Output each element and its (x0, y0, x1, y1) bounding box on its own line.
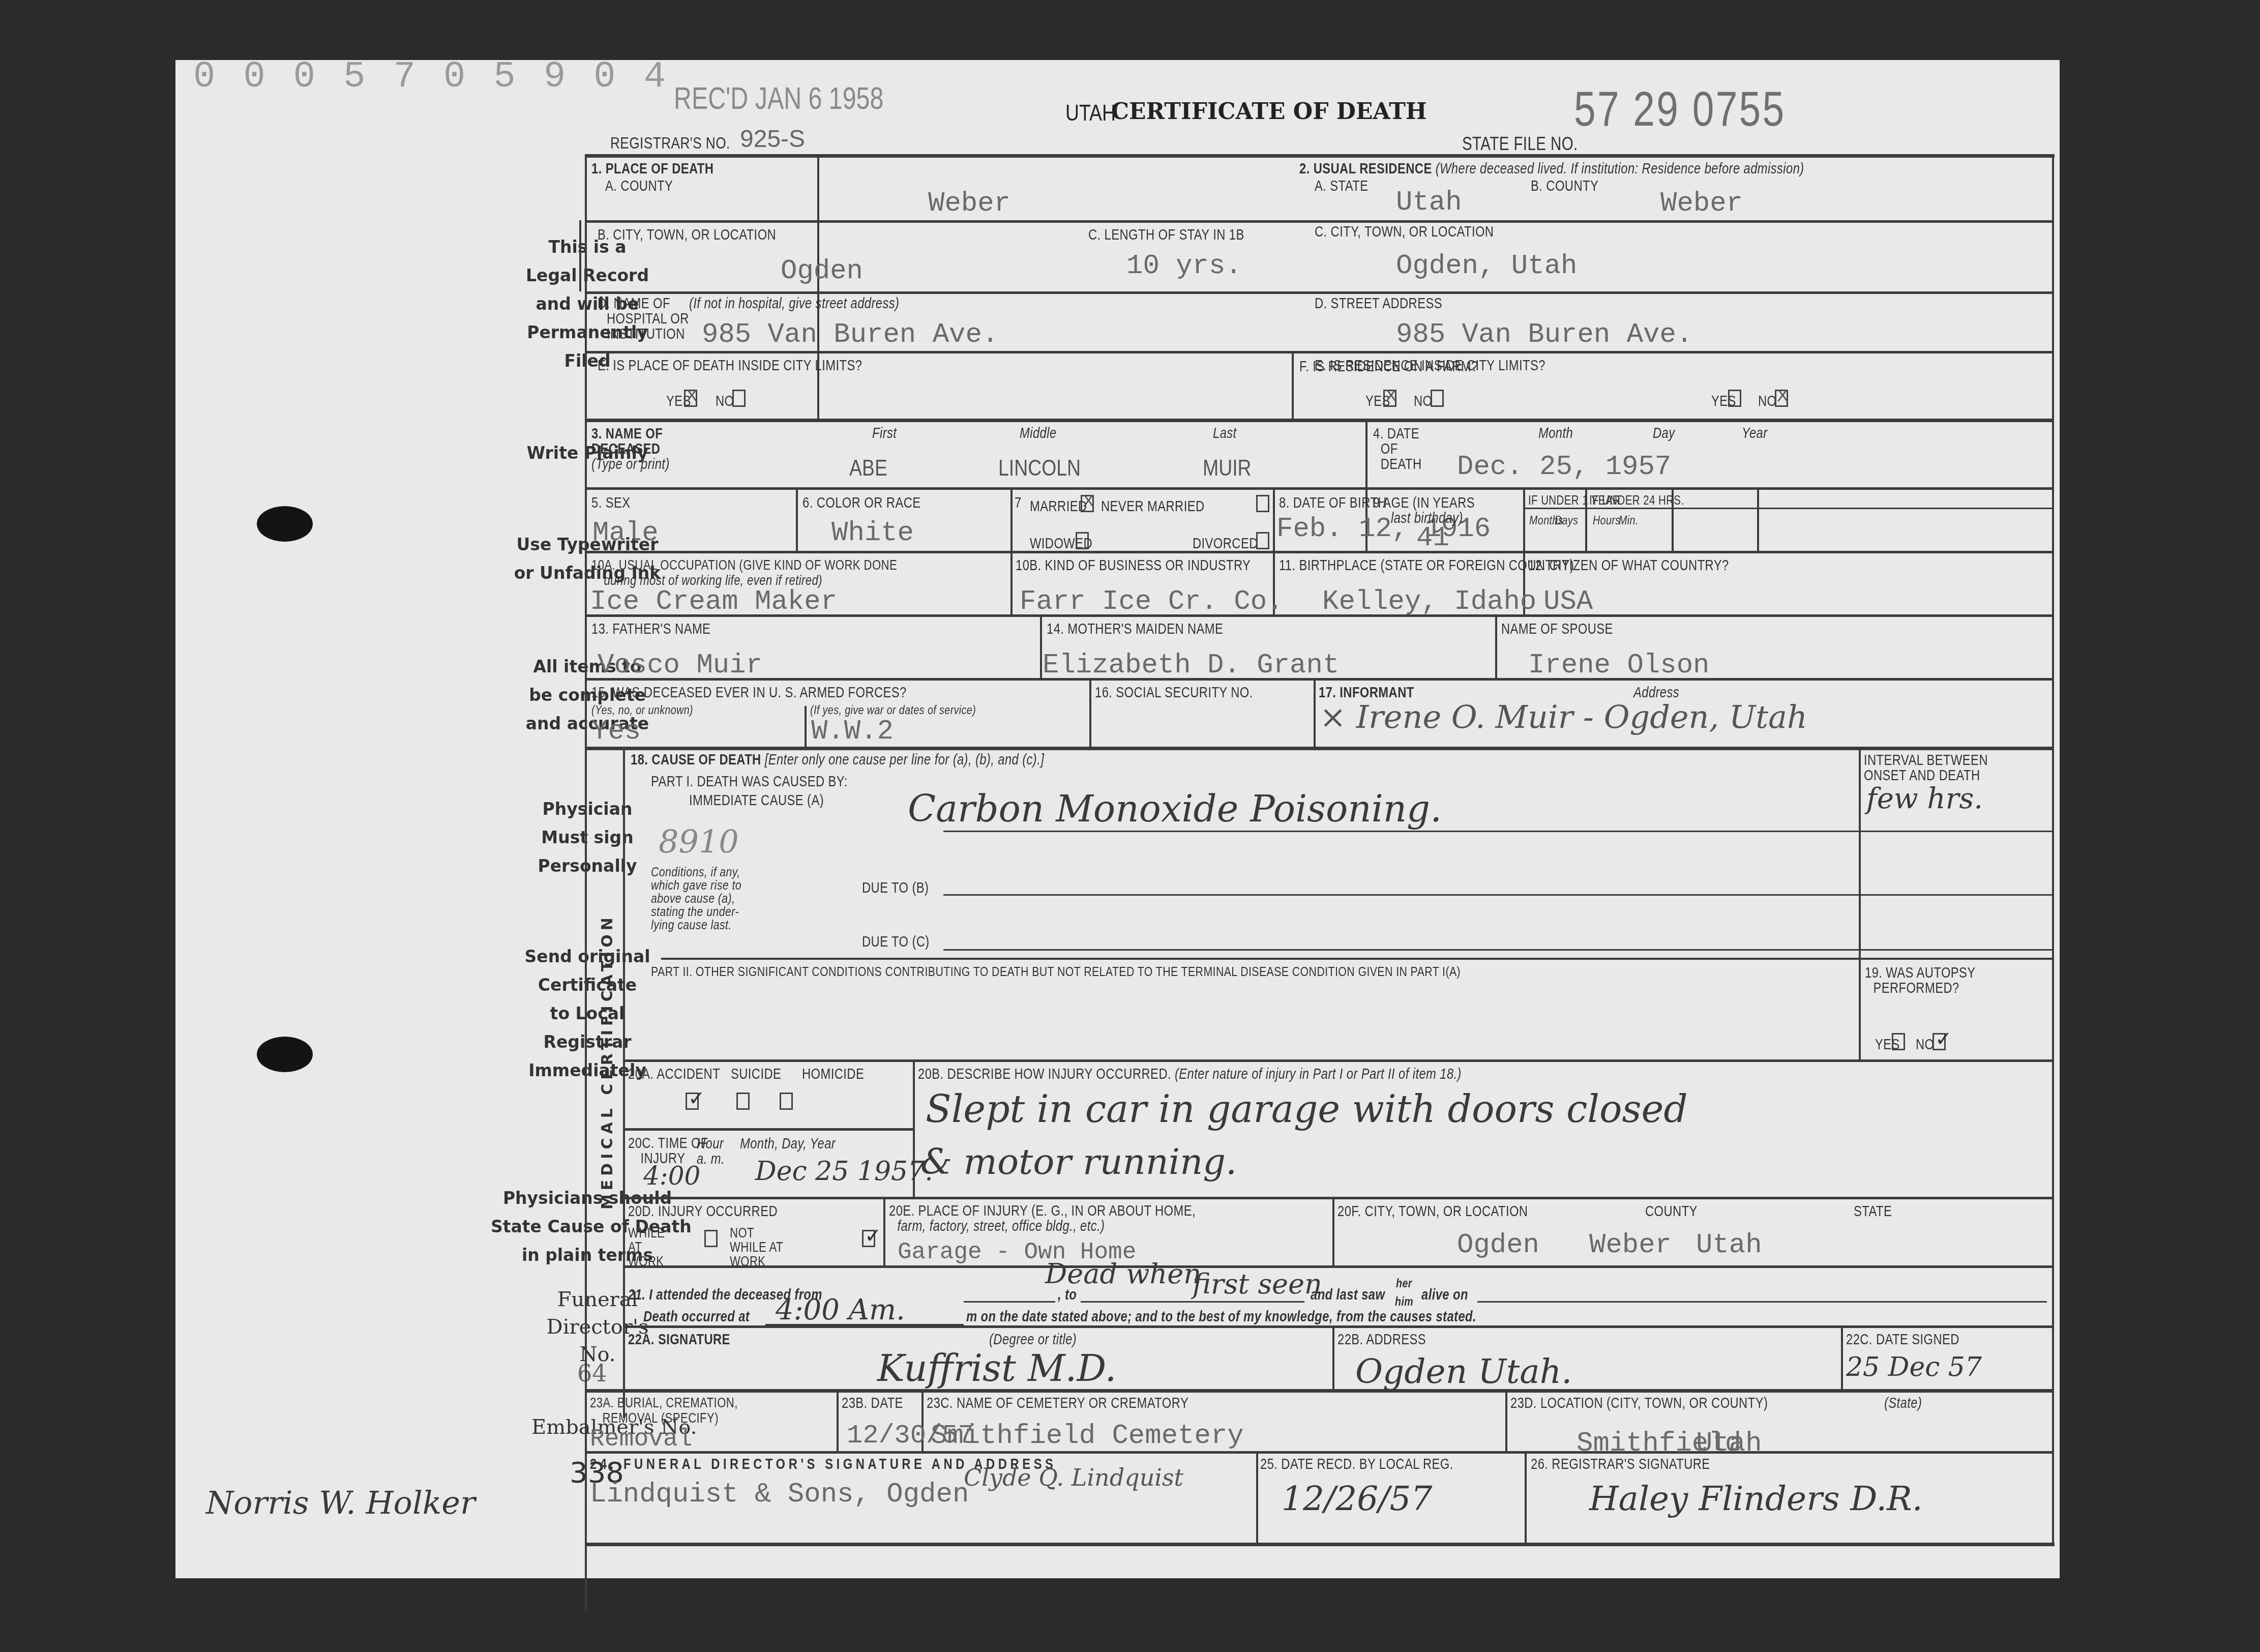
divider (585, 1389, 2052, 1393)
divider (585, 291, 2052, 294)
length-of-stay-label: c. LENGTH OF STAY IN 1b (1088, 227, 1244, 244)
last-name-label: Last (1213, 425, 1237, 442)
physician-address-label: 22b. ADDRESS (1337, 1332, 1426, 1348)
attended-to-label: , to (1058, 1287, 1077, 1304)
part2-label: PART II. OTHER SIGNIFICANT CONDITIONS CO… (651, 964, 1461, 980)
divider (1757, 487, 1759, 551)
registrar-no: 925-S (740, 125, 805, 153)
place-of-death-label: 1. PLACE OF DEATH (591, 161, 713, 178)
homicide-checkbox[interactable] (780, 1093, 793, 1110)
place-of-injury-label: 20e. PLACE OF INJURY (e. g., in or about… (889, 1203, 1196, 1234)
burial-date-label: 23b. DATE (842, 1395, 903, 1412)
divider (1365, 419, 1367, 487)
injury-occurred-label: 20d. INJURY OCCURRED (628, 1203, 778, 1220)
armed-forces-hint-2: (If yes, give war or dates of service) (810, 703, 976, 718)
stamp-number: 0 0 0 5 7 0 5 9 0 4 (193, 56, 669, 98)
divider (585, 747, 2052, 750)
divider (837, 1389, 839, 1451)
injury-city-value: Ogden (1457, 1230, 1539, 1261)
immediate-cause-value: Carbon Monoxide Poisoning. (908, 787, 1442, 830)
hint-text: (Where deceased lived. If institution: R… (1436, 161, 1804, 177)
note-line: Legal Record (521, 261, 653, 290)
death-time-value: 4:00 Am. (776, 1293, 905, 1326)
note-send-original: Send original Certificate to Local Regis… (516, 942, 659, 1085)
death-inside-city-limits-label: e. IS PLACE OF DEATH INSIDE CITY LIMITS? (598, 358, 862, 374)
business-value: Farr Ice Cr. Co. (1020, 586, 1283, 617)
occupation-value: Ice Cream Maker (590, 586, 837, 617)
widowed-checkbox[interactable] (1076, 532, 1089, 549)
label-text: 23a. BURIAL, CREMATION, (590, 1395, 738, 1410)
divider (1859, 747, 1861, 1059)
label-text: 4. DATE (1373, 426, 1422, 441)
label-text: 20b. DESCRIBE HOW INJURY OCCURRED. (918, 1066, 1171, 1082)
immediate-cause-label: IMMEDIATE CAUSE (a) (689, 792, 824, 809)
divider (1256, 1451, 1258, 1543)
location-state-value: Utah (1696, 1428, 1762, 1459)
divider (623, 1128, 913, 1131)
hint-line: stating the under- (651, 905, 741, 918)
mother-value: Elizabeth D. Grant (1043, 650, 1339, 681)
name-of-deceased-label: 3. NAME OF DECEASED (Type or print) (591, 426, 670, 472)
death-occurred-label: Death occurred at (643, 1309, 750, 1325)
divider (883, 1197, 885, 1265)
min-label: Min. (1619, 514, 1639, 528)
divider (1495, 614, 1497, 678)
married-label: MARRIED (1030, 498, 1087, 515)
date-recd-value: 12/26/57 (1282, 1479, 1432, 1518)
describe-injury-label: 20b. DESCRIBE HOW INJURY OCCURRED. (Ente… (918, 1066, 1462, 1083)
note-line: Personally (521, 852, 653, 880)
divider (623, 1265, 2052, 1268)
date-signed-label: 22c. DATE SIGNED (1846, 1332, 1959, 1348)
due-to-b-label: DUE TO (b) (862, 880, 929, 897)
under-24-hrs-label: IF UNDER 24 HRS. (1589, 493, 1684, 508)
attended-to-value: first seen (1193, 1268, 1322, 1300)
middle-name-value: LINCOLN (998, 456, 1081, 481)
hint-line: Conditions, if any, (651, 865, 741, 878)
signature-label: 22a. SIGNATURE (628, 1332, 730, 1348)
while-at-work-label: WHILE AT WORK (628, 1226, 678, 1268)
punch-hole-bottom (257, 1037, 313, 1072)
page-title: CERTIFICATE OF DEATH (1111, 99, 1426, 125)
form-left-border (585, 154, 587, 1611)
res-street-value: 985 Van Buren Ave. (1396, 319, 1692, 350)
location-state-label: (State) (1884, 1395, 1922, 1412)
dob-label: 8. DATE OF BIRTH (1279, 495, 1387, 512)
informant-signature: × Irene O. Muir - Ogden, Utah (1320, 698, 1807, 735)
injury-state-label: STATE (1854, 1203, 1892, 1220)
res-farm-no-checkbox[interactable] (1775, 390, 1788, 407)
divider (623, 747, 625, 1418)
hospital-label-2: HOSPITAL OR (607, 311, 689, 328)
citizen-value: USA (1543, 586, 1593, 617)
registrar-signature: Haley Flinders D.R. (1589, 1479, 1923, 1518)
spouse-value: Irene Olson (1528, 650, 1709, 681)
label-text: ONSET AND DEATH (1864, 768, 1988, 783)
label-text: (Type or print) (591, 457, 670, 472)
line-cause-a (943, 831, 2052, 832)
homicide-label: HOMICIDE (802, 1066, 864, 1083)
while-at-work-checkbox[interactable] (704, 1230, 718, 1247)
mdy-label: Month, Day, Year (740, 1136, 836, 1153)
label-text: during most of working life, even if ret… (591, 573, 897, 588)
not-while-at-work-label: NOT WHILE AT WORK (730, 1226, 784, 1268)
res-city-limits-no-checkbox[interactable] (1431, 390, 1444, 407)
never-married-checkbox[interactable] (1256, 495, 1269, 512)
line-attended-from (964, 1301, 1055, 1303)
armed-forces-hint-1: (Yes, no, or unknown) (591, 703, 693, 718)
received-stamp: REC'D JAN 6 1958 (674, 80, 883, 116)
autopsy-no-checkbox[interactable] (1932, 1033, 1946, 1050)
label-text: DECEASED (591, 441, 660, 457)
attended-from-value: Dead when (1045, 1258, 1201, 1290)
business-label: 10b. KIND OF BUSINESS OR INDUSTRY (1016, 557, 1251, 574)
hospital-value: 985 Van Buren Ave. (702, 319, 998, 350)
mother-label: 14. MOTHER'S MAIDEN NAME (1047, 621, 1223, 638)
death-city-limits-no-checkbox[interactable] (732, 390, 746, 407)
note-line: Send original (516, 942, 659, 971)
usual-residence-label: 2. USUAL RESIDENCE (Where deceased lived… (1299, 161, 1804, 178)
label-text: WHILE AT WORK (628, 1226, 678, 1268)
part1-label: PART I. DEATH WAS CAUSED BY: (651, 774, 848, 790)
hint-text: (Enter nature of injury in Part I or Par… (1175, 1066, 1462, 1082)
date-recd-label: 25. DATE RECD. BY LOCAL REG. (1260, 1456, 1453, 1473)
label-text: INTERVAL BETWEEN (1864, 753, 1988, 768)
label-text: OF (1373, 441, 1422, 457)
armed-forces-label: 15. WAS DECEASED EVER IN U. S. ARMED FOR… (591, 685, 907, 701)
form-top-border (585, 154, 2055, 158)
sex-value: Male (592, 518, 659, 549)
death-county-value: Weber (928, 188, 1010, 219)
punch-hole-top (257, 506, 313, 542)
accident-checkbox[interactable] (686, 1093, 699, 1110)
conditions-hint: Conditions, if any, which gave rise to a… (651, 865, 741, 931)
cemetery-value: Smithfield Cemetery (931, 1421, 1244, 1452)
describe-injury-line-1: Slept in car in garage with doors closed (926, 1087, 1688, 1131)
marital-label: 7 (1015, 495, 1022, 512)
hint-line: lying cause last. (651, 918, 741, 931)
medical-certification-label: MEDICAL CERTIFICATION (599, 913, 616, 1209)
due-to-c-label: DUE TO (c) (862, 934, 930, 951)
res-farm-label: f. IS RESIDENCE ON A FARM? (1299, 359, 1478, 375)
note-line: Must sign (521, 823, 653, 852)
divider (585, 551, 2052, 553)
label-text: 2. USUAL RESIDENCE (1299, 161, 1432, 177)
registrar-no-label: REGISTRAR'S NO. (610, 134, 730, 153)
divider (1332, 1197, 1334, 1265)
title-state: UTAH (1065, 101, 1116, 126)
divider (661, 958, 2052, 960)
county-label: a. COUNTY (605, 178, 673, 195)
label-text: DEATH (1373, 457, 1422, 472)
no-label: NO (1916, 1037, 1934, 1053)
day-label: Day (1653, 425, 1675, 442)
cause-code: 8910 (659, 823, 739, 860)
label-text: 22a. SIGNATURE (628, 1332, 730, 1348)
armed-forces-value: Yes (591, 716, 641, 747)
father-value: Vosco Muir (598, 650, 762, 681)
degree-label: (Degree or title) (989, 1332, 1077, 1348)
embalmer-signature: Norris W. Holker (206, 1484, 475, 1521)
divider (1841, 1325, 1843, 1389)
res-state-value: Utah (1396, 187, 1462, 218)
location-label: 23d. LOCATION (City, town, or county) (1510, 1395, 1768, 1412)
divider (1332, 1325, 1334, 1389)
line-alive-on (1477, 1301, 2047, 1303)
accident-label: 20a. ACCIDENT (628, 1066, 720, 1083)
res-county-label: b. COUNTY (1531, 178, 1598, 195)
cause-of-death-label: 18. CAUSE OF DEATH [Enter only one cause… (631, 752, 1044, 769)
divider (585, 220, 2052, 223)
cemetery-label: 23c. NAME OF CEMETERY OR CREMATORY (927, 1395, 1188, 1412)
suicide-label: SUICIDE (731, 1066, 781, 1083)
label-text: 18. CAUSE OF DEATH (631, 752, 761, 768)
line-cause-c (943, 949, 2052, 951)
death-city-value: Ogden (781, 256, 863, 287)
divorced-checkbox[interactable] (1256, 532, 1269, 549)
form-bottom-border (585, 1543, 2055, 1546)
funeral-director-no: 64 (577, 1360, 607, 1387)
label-text: 19. WAS AUTOPSY (1865, 965, 1976, 981)
label-text: NOT WHILE AT WORK (730, 1226, 784, 1268)
divider (1089, 678, 1091, 747)
divider (623, 1197, 2052, 1199)
note-line: Certificate (516, 971, 659, 999)
sex-label: 5. SEX (591, 495, 630, 512)
label-text: 3. NAME OF (591, 426, 663, 442)
divider (579, 220, 581, 291)
first-name-value: ABE (849, 456, 887, 481)
divider (623, 1059, 2052, 1062)
res-city-value: Ogden, Utah (1396, 251, 1577, 282)
length-of-stay-value: 10 yrs. (1126, 251, 1242, 282)
date-signed-value: 25 Dec 57 (1846, 1352, 1982, 1382)
divider (585, 487, 2052, 490)
hour-label: Hour (697, 1136, 724, 1153)
divider (1040, 614, 1042, 678)
label-text: 10a. USUAL OCCUPATION (Give kind of work… (591, 557, 897, 573)
divider (585, 419, 2052, 422)
am-label: a. m. (697, 1151, 725, 1168)
hint-line: above cause (a), (651, 892, 741, 905)
hours-label: Hours (1593, 514, 1621, 528)
age-value: 41 (1416, 523, 1449, 554)
injury-county-label: COUNTY (1645, 1203, 1698, 1220)
war-value: W.W.2 (811, 716, 894, 747)
last-saw-label: and last saw (1311, 1287, 1385, 1304)
label-text: REMOVAL (Specify) (590, 1410, 738, 1426)
divider (1505, 1389, 1507, 1451)
interval-label: INTERVAL BETWEEN ONSET AND DEATH (1864, 753, 1988, 783)
line-attended-to (1081, 1301, 1304, 1303)
date-of-death-label: 4. DATE OF DEATH (1373, 426, 1422, 472)
time-of-injury-value: 4:00 (643, 1161, 700, 1191)
birthplace-value: Kelley, Idaho (1322, 586, 1536, 617)
state-file-no-label: STATE FILE NO. (1462, 133, 1578, 155)
middle-name-label: Middle (1020, 425, 1057, 442)
no-label: NO (1758, 393, 1776, 410)
date-of-injury-value: Dec 25 1957. (755, 1156, 933, 1187)
describe-injury-line-2: & motor running. (920, 1141, 1237, 1183)
suicide-checkbox[interactable] (736, 1093, 750, 1110)
note-physician-sign: Physician Must sign Personally (521, 795, 653, 880)
no-label: NO (1414, 393, 1432, 410)
physician-address-value: Ogden Utah. (1355, 1352, 1572, 1391)
ssn-label: 16. SOCIAL SECURITY NO. (1095, 685, 1253, 701)
hint-text: [Enter only one cause per line for (a), … (765, 752, 1045, 768)
year-label: Year (1742, 425, 1768, 442)
res-county-value: Weber (1660, 188, 1743, 219)
label-text: 1. PLACE OF DEATH (591, 161, 713, 177)
divider (585, 1451, 2052, 1454)
spouse-label: NAME OF SPOUSE (1501, 621, 1613, 638)
injury-city-label: 20f. CITY, TOWN, OR LOCATION (1337, 1203, 1528, 1220)
alive-on-label: alive on (1421, 1287, 1468, 1304)
age-label-1: 9 AGE (In years (1373, 495, 1475, 512)
interval-value: few hrs. (1866, 782, 1983, 815)
label-text: PERFORMED? (1865, 981, 1976, 996)
line-cause-b (943, 894, 2052, 896)
injury-state-value: Utah (1696, 1230, 1762, 1261)
autopsy-label: 19. WAS AUTOPSY PERFORMED? (1865, 965, 1976, 996)
divider (1314, 678, 1316, 747)
hint-line: which gave rise to (651, 878, 741, 892)
note-line: to Local (516, 999, 659, 1028)
physician-signature: Kuffrist M.D. (877, 1347, 1116, 1390)
him-label: him (1395, 1295, 1413, 1309)
registrar-signature-label: 26. REGISTRAR'S SIGNATURE (1531, 1456, 1710, 1473)
month-label: Month (1538, 425, 1573, 442)
divider (1525, 1451, 1527, 1543)
father-label: 13. FATHER'S NAME (591, 621, 710, 638)
res-city-limits-yes-checkbox[interactable] (1383, 390, 1396, 407)
state-file-no: 57 29 0755 (1574, 81, 1786, 137)
death-city-limits-yes-checkbox[interactable] (684, 390, 697, 407)
hospital-label-3: INSTITUTION (607, 326, 685, 343)
hospital-label-1: d. NAME OF (598, 296, 670, 312)
city-label: b. CITY, TOWN, OR LOCATION (598, 227, 776, 244)
funeral-director-signature: Clyde Q. Lindquist (964, 1464, 1183, 1491)
race-value: White (831, 518, 914, 549)
res-city-label: c. CITY, TOWN, OR LOCATION (1315, 224, 1494, 241)
divorced-label: DIVORCED (1193, 536, 1258, 552)
divider (585, 351, 2052, 353)
divider (796, 487, 798, 551)
injury-county-value: Weber (1589, 1230, 1672, 1261)
funeral-director-value: Lindquist & Sons, Ogden (590, 1479, 969, 1510)
citizen-label: 12. CITIZEN OF WHAT COUNTRY? (1528, 557, 1729, 574)
form-right-border (2052, 154, 2054, 1545)
certificate-page: 0 0 0 5 7 0 5 9 0 4 REC'D JAN 6 1958 REG… (175, 60, 2060, 1578)
days-label: Days (1555, 514, 1578, 528)
res-state-label: a. STATE (1315, 178, 1368, 195)
not-while-at-work-checkbox[interactable] (862, 1230, 875, 1247)
res-farm-yes-checkbox[interactable] (1728, 390, 1741, 407)
divider (805, 706, 807, 747)
no-label: NO (716, 393, 734, 410)
race-label: 6. COLOR OR RACE (802, 495, 921, 512)
never-married-label: NEVER MARRIED (1101, 498, 1205, 515)
first-name-label: First (872, 425, 897, 442)
disposition-label: 23a. BURIAL, CREMATION, REMOVAL (Specify… (590, 1395, 738, 1426)
label-text: farm, factory, street, office bldg., etc… (889, 1219, 1196, 1234)
hospital-hint: (If not in hospital, give street address… (689, 296, 899, 312)
autopsy-yes-checkbox[interactable] (1892, 1033, 1905, 1050)
married-checkbox[interactable] (1081, 495, 1094, 512)
occupation-label: 10a. USUAL OCCUPATION (Give kind of work… (591, 557, 897, 588)
note-line: Registrar (516, 1028, 659, 1056)
note-line: Physician (521, 795, 653, 823)
divider (1292, 351, 1294, 419)
disposition-value: Removal (590, 1426, 693, 1453)
last-name-value: MUIR (1203, 456, 1252, 481)
label-text: 20e. PLACE OF INJURY (e. g., in or about… (889, 1203, 1196, 1219)
death-occurred-suffix: m on the date stated above; and to the b… (966, 1309, 1476, 1325)
her-label: her (1396, 1277, 1412, 1291)
res-street-label: d. STREET ADDRESS (1315, 296, 1442, 312)
date-of-death-value: Dec. 25, 1957 (1457, 452, 1671, 483)
